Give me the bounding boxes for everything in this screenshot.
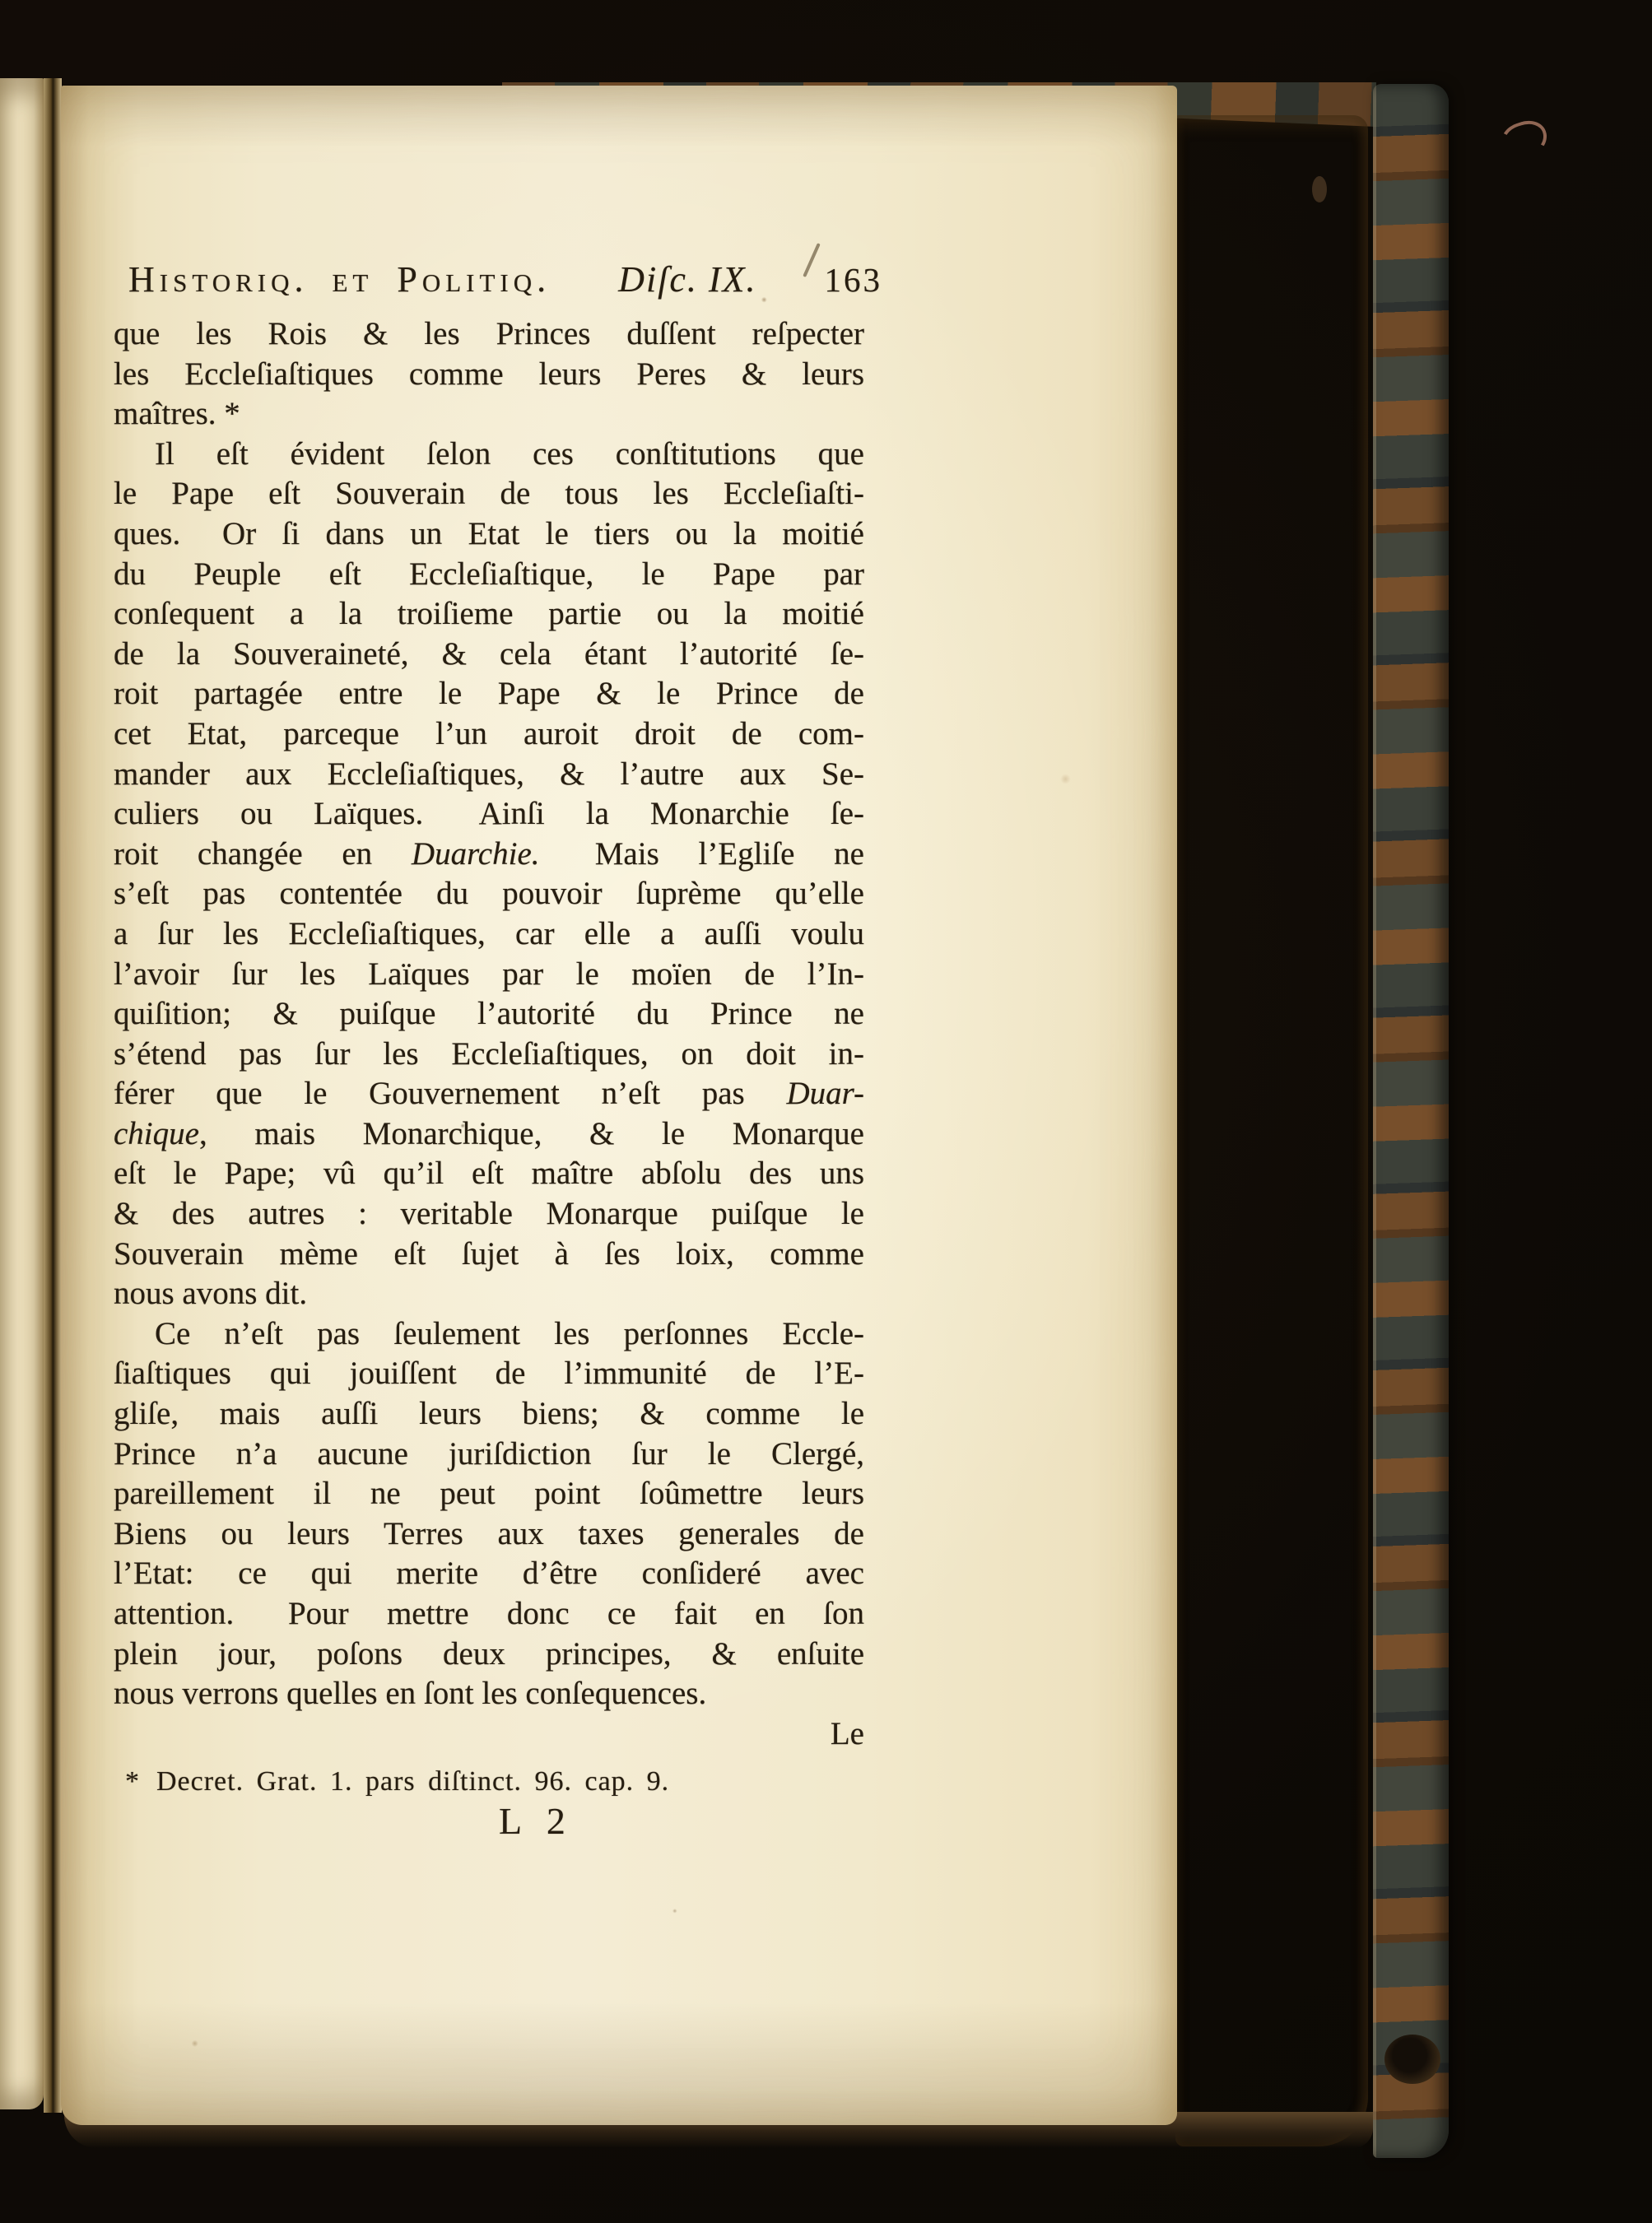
body-line-segment: pareillement il ne peut point ſoûmettre …	[114, 1476, 864, 1511]
footnote-marker: *	[125, 1766, 140, 1797]
body-line-segment: l’Etat: ce qui merite d’être conſideré a…	[114, 1556, 864, 1591]
body-line: conſequent a la troiſieme partie ou la m…	[114, 594, 864, 635]
body-line-segment: Souverain mème eſt ſujet à ſes loix, com…	[114, 1236, 864, 1272]
body-line-segment: Prince n’a aucune juriſdiction ſur le Cl…	[114, 1436, 864, 1472]
body-line: Ce n’eſt pas ſeulement les perſonnes Ecc…	[114, 1314, 864, 1355]
body-text-block: que les Rois & les Princes duſſent reſpe…	[114, 314, 864, 1754]
body-line-segment: Mais l’Egliſe ne	[540, 836, 864, 872]
body-line-segment: du Peuple eſt Eccleſiaſtique, le Pape pa…	[114, 556, 864, 592]
body-line-segment: plein jour, poſons deux principes, & enſ…	[114, 1636, 864, 1672]
body-line: a ſur les Eccleſiaſtiques, car elle a au…	[114, 914, 864, 955]
facing-page-text-fragments: eſstresıſerse	[0, 0, 14, 2223]
body-line-segment: nous verrons quelles en ſont les conſequ…	[114, 1676, 706, 1711]
running-header: Historiq. et Politiq. Diſc. IX. 163	[128, 260, 882, 300]
body-line: quiſition; & puiſque l’autorité du Princ…	[114, 994, 864, 1035]
body-line: que les Rois & les Princes duſſent reſpe…	[114, 314, 864, 355]
body-line-italic-segment: chique	[114, 1116, 199, 1151]
body-line: attention. Pour mettre donc ce fait en ſ…	[114, 1594, 864, 1635]
body-line-segment: ques. Or ſi dans un Etat le tiers ou la …	[114, 516, 864, 551]
body-line-segment: roit partagée entre le Pape & le Prince …	[114, 676, 864, 711]
body-line-segment: gliſe, mais auſſi leurs biens; & comme l…	[114, 1396, 864, 1431]
body-line-segment: les Eccleſiaſtiques comme leurs Peres & …	[114, 356, 864, 392]
body-line: chique, mais Monarchique, & le Monarque	[114, 1114, 864, 1155]
body-line: nous avons dit.	[114, 1274, 864, 1314]
body-line: maîtres. *	[114, 394, 864, 435]
body-line-segment: ſiaſtiques qui jouiſſent de l’immunité d…	[114, 1356, 864, 1391]
catchword: Le	[114, 1714, 864, 1755]
footnote: *Decret. Grat. 1. pars diſtinct. 96. cap…	[125, 1766, 833, 1797]
body-line-segment: , mais Monarchique, & le Monarque	[199, 1116, 864, 1151]
body-line: Prince n’a aucune juriſdiction ſur le Cl…	[114, 1435, 864, 1475]
body-line-segment: s’eſt pas contentée du pouvoir ſuprème q…	[114, 876, 864, 911]
body-line: plein jour, poſons deux principes, & enſ…	[114, 1635, 864, 1675]
book-gutter	[44, 78, 62, 2113]
body-line: s’eſt pas contentée du pouvoir ſuprème q…	[114, 874, 864, 914]
book-cover-right-edge	[1373, 84, 1449, 2158]
body-line-segment: a ſur les Eccleſiaſtiques, car elle a au…	[114, 916, 864, 951]
body-line-segment: maîtres. *	[114, 396, 240, 431]
body-line: cet Etat, parceque l’un auroit droit de …	[114, 714, 864, 755]
body-line: le Pape eſt Souverain de tous les Eccleſ…	[114, 474, 864, 514]
body-line: eſt le Pape; vû qu’il eſt maître abſolu …	[114, 1154, 864, 1194]
body-line-segment: férer que le Gouvernement n’eſt pas	[114, 1076, 786, 1111]
body-line-segment: de la Souveraineté, & cela étant l’autor…	[114, 636, 864, 672]
body-line-segment: s’étend pas ſur les Eccleſiaſtiques, on …	[114, 1036, 864, 1072]
body-line: férer que le Gouvernement n’eſt pas Duar…	[114, 1074, 864, 1114]
body-line: roit changée en Duarchie. Mais l’Egliſe …	[114, 835, 864, 875]
body-line-segment: quiſition; & puiſque l’autorité du Princ…	[114, 996, 864, 1031]
body-line-segment: eſt le Pape; vû qu’il eſt maître abſolu …	[114, 1156, 864, 1191]
body-line-italic-segment: Duarchie.	[412, 836, 540, 872]
body-line-segment: conſequent a la troiſieme partie ou la m…	[114, 596, 864, 631]
body-line-segment: Ce n’eſt pas ſeulement les perſonnes Ecc…	[155, 1316, 864, 1351]
body-line: gliſe, mais auſſi leurs biens; & comme l…	[114, 1394, 864, 1435]
body-line: les Eccleſiaſtiques comme leurs Peres & …	[114, 355, 864, 395]
photo-background: eſstresıſerse Historiq. et Politiq. Diſc…	[0, 0, 1652, 2223]
body-line: ques. Or ſi dans un Etat le tiers ou la …	[114, 514, 864, 555]
body-line-segment: Il eſt évident ſelon ces conſtitutions q…	[155, 436, 864, 472]
body-line: pareillement il ne peut point ſoûmettre …	[114, 1474, 864, 1514]
body-line-italic-segment: Duar-	[786, 1076, 864, 1111]
body-line: & des autres : veritable Monarque puiſqu…	[114, 1194, 864, 1235]
body-line-segment: nous avons dit.	[114, 1276, 307, 1311]
body-line-segment: le Pape eſt Souverain de tous les Eccleſ…	[114, 476, 864, 511]
body-line-segment: & des autres : veritable Monarque puiſqu…	[114, 1196, 864, 1231]
body-line: roit partagée entre le Pape & le Prince …	[114, 674, 864, 714]
body-line-segment: culiers ou Laïques. Ainſi la Monarchie ſ…	[114, 796, 864, 831]
body-line-segment: que les Rois & les Princes duſſent reſpe…	[114, 316, 864, 351]
body-line: ſiaſtiques qui jouiſſent de l’immunité d…	[114, 1354, 864, 1394]
body-line-segment: Biens ou leurs Terres aux taxes generale…	[114, 1516, 864, 1551]
stray-fiber-curl	[1497, 115, 1552, 164]
body-line: culiers ou Laïques. Ainſi la Monarchie ſ…	[114, 794, 864, 835]
body-line-segment: mander aux Eccleſiaſtiques, & l’autre au…	[114, 756, 864, 792]
discourse-number: Diſc. IX.	[618, 260, 756, 300]
body-line: Souverain mème eſt ſujet à ſes loix, com…	[114, 1235, 864, 1275]
body-line: s’étend pas ſur les Eccleſiaſtiques, on …	[114, 1035, 864, 1075]
body-line-segment: roit changée en	[114, 836, 412, 872]
signature-mark: L 2	[499, 1799, 574, 1843]
body-line: Biens ou leurs Terres aux taxes generale…	[114, 1514, 864, 1555]
body-line-segment: l’avoir ſur les Laïques par le moïen de …	[114, 956, 864, 992]
body-line-segment: cet Etat, parceque l’un auroit droit de …	[114, 716, 864, 751]
running-title: Historiq. et Politiq.	[128, 260, 551, 300]
cover-wear-spot	[1384, 2035, 1440, 2084]
body-line: l’avoir ſur les Laïques par le moïen de …	[114, 955, 864, 995]
body-line: nous verrons quelles en ſont les conſequ…	[114, 1674, 864, 1714]
body-line: l’Etat: ce qui merite d’être conſideré a…	[114, 1554, 864, 1594]
fore-edge-blotch	[1312, 176, 1327, 202]
page-number: 163	[825, 262, 883, 299]
footnote-text: Decret. Grat. 1. pars diſtinct. 96. cap.…	[156, 1766, 669, 1797]
body-line: Il eſt évident ſelon ces conſtitutions q…	[114, 435, 864, 475]
body-line: mander aux Eccleſiaſtiques, & l’autre au…	[114, 755, 864, 795]
body-line: du Peuple eſt Eccleſiaſtique, le Pape pa…	[114, 555, 864, 595]
book-fore-edge-pages	[1175, 115, 1368, 2146]
body-line: de la Souveraineté, & cela étant l’autor…	[114, 635, 864, 675]
body-line-segment: attention. Pour mettre donc ce fait en ſ…	[114, 1596, 864, 1631]
